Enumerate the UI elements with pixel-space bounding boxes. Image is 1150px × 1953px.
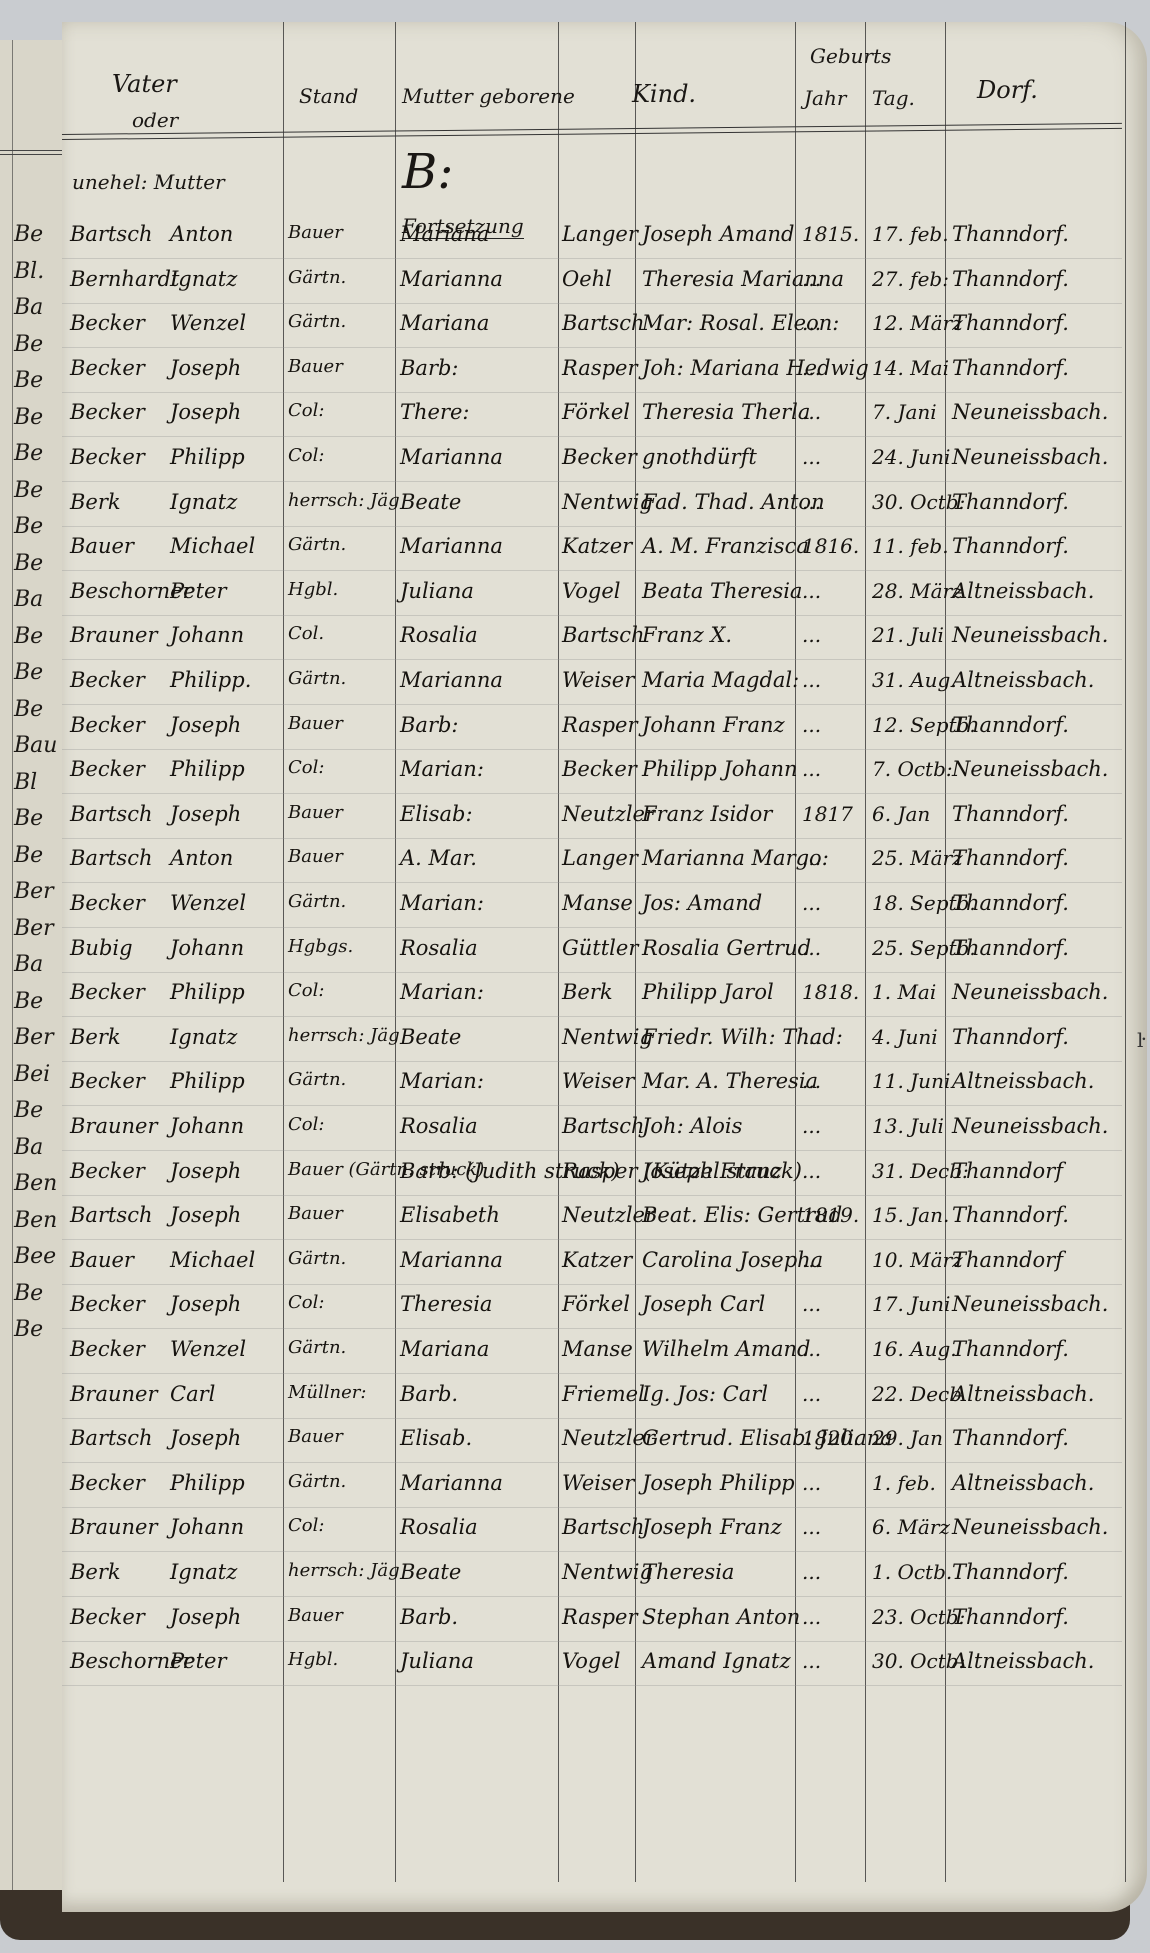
entry-surname: Becker: [70, 400, 145, 424]
previous-page-stub: Bee: [14, 1244, 56, 1269]
entry-village: Neuneissbach.: [952, 1515, 1108, 1539]
previous-page-stub: Bei: [14, 1062, 50, 1087]
entry-given: Joseph: [170, 802, 241, 826]
previous-page-stub: Ber: [14, 879, 54, 904]
entry-stand: Bauer: [288, 846, 343, 867]
entry-stand: Col:: [288, 757, 324, 778]
previous-page-stub: Be: [14, 989, 43, 1014]
entry-stand: Bauer: [288, 1426, 343, 1447]
entry-surname: Bartsch: [70, 802, 153, 826]
entry-surname: Bernhardt: [70, 267, 179, 291]
entry-stand: Gärtn.: [288, 1471, 346, 1492]
entry-m-last: Nentwig: [562, 1025, 653, 1049]
entry-m-last: Rasper: [562, 356, 638, 380]
entry-day: 1. Mai: [872, 980, 936, 1004]
entry-year: ...: [802, 490, 821, 514]
ruled-line: [62, 882, 1122, 883]
entry-surname: Becker: [70, 713, 145, 737]
entry-stand: Col:: [288, 445, 324, 466]
entry-year: ...: [802, 579, 821, 603]
entry-child: Jos: Amand: [642, 891, 762, 915]
entry-stand: Gärtn.: [288, 311, 346, 332]
entry-given: Philipp: [170, 757, 245, 781]
entry-surname: Becker: [70, 1292, 145, 1316]
previous-page-stub: Be: [14, 624, 43, 649]
entry-given: Philipp.: [170, 668, 251, 692]
entry-day: 11. Juni: [872, 1069, 950, 1093]
entry-year: ...: [802, 311, 821, 335]
entry-year: ...: [802, 757, 821, 781]
entry-village: Thanndorf.: [952, 891, 1069, 915]
register-row: BeckerWenzelGärtn.MarianaManseWilhelm Am…: [62, 1337, 1147, 1371]
previous-page-stub: Ba: [14, 587, 43, 612]
entry-village: Thanndorf.: [952, 1203, 1069, 1227]
register-row: BeckerPhilipp.Gärtn.MariannaWeiserMaria …: [62, 668, 1147, 702]
ruled-line: [62, 615, 1122, 616]
entry-village: Altneissbach.: [952, 668, 1094, 692]
entry-stand: Col:: [288, 400, 324, 421]
entry-day: 16. Aug.: [872, 1337, 957, 1361]
register-row: BeckerJosephBauerBarb:RasperJoh: Mariana…: [62, 356, 1147, 390]
header-status: Stand: [299, 84, 358, 108]
register-row: BerkIgnatzherrsch: JägBeateNentwigTheres…: [62, 1560, 1147, 1594]
entry-given: Michael: [170, 1248, 255, 1272]
ruled-line: [62, 972, 1122, 973]
entry-m-last: Oehl: [562, 267, 612, 291]
previous-page-stub: Ber: [14, 916, 54, 941]
entry-day: 28. März: [872, 579, 963, 603]
entry-stand: Bauer: [288, 356, 343, 377]
entry-m-first: Marianna: [400, 267, 503, 291]
entry-given: Joseph: [170, 356, 241, 380]
entry-day: 17. Juni: [872, 1292, 950, 1316]
ruled-line: [62, 1551, 1122, 1552]
entry-given: Philipp: [170, 1471, 245, 1495]
entry-given: Ignatz: [170, 267, 237, 291]
entry-child: Wilhelm Amand: [642, 1337, 810, 1361]
entry-m-last: Manse: [562, 1337, 633, 1361]
entry-stand: Gärtn.: [288, 891, 346, 912]
entry-child: Joh: Mariana Hedwig: [642, 356, 869, 380]
entry-given: Johann: [170, 623, 244, 647]
left-page-header-line: [0, 150, 62, 155]
entry-stand: Gärtn.: [288, 1248, 346, 1269]
entry-village: Thanndorf: [952, 1248, 1063, 1272]
entry-surname: Becker: [70, 311, 145, 335]
entry-day: 6. Jan: [872, 802, 930, 826]
entry-year: 1819.: [802, 1203, 859, 1227]
entry-day: 1. feb.: [872, 1471, 936, 1495]
entry-child: Theresia: [642, 1560, 734, 1584]
register-row: BeckerJosephCol:TheresiaFörkelJoseph Car…: [62, 1292, 1147, 1326]
previous-page-stub: Bl: [14, 770, 37, 795]
ruled-line: [62, 570, 1122, 571]
register-row: BraunerJohannCol:RosaliaBartschJoh: Aloi…: [62, 1114, 1147, 1148]
entry-stand: Col:: [288, 1292, 324, 1313]
entry-given: Joseph: [170, 713, 241, 737]
entry-given: Joseph: [170, 1292, 241, 1316]
previous-page-stub: Ber: [14, 1025, 54, 1050]
entry-m-last: Förkel: [562, 400, 630, 424]
entry-year: ...: [802, 356, 821, 380]
register-row: BeckerPhilippGärtn.Marian:WeiserMar. A. …: [62, 1069, 1147, 1103]
entry-m-first: Mariana: [400, 311, 489, 335]
entry-day: 13. Juli: [872, 1114, 944, 1138]
header-father-sub: oder: [132, 108, 178, 132]
entry-year: ...: [802, 623, 821, 647]
entry-given: Michael: [170, 534, 255, 558]
entry-surname: Becker: [70, 757, 145, 781]
entry-child: Mar. A. Theresia: [642, 1069, 818, 1093]
entry-given: Peter: [170, 1649, 227, 1673]
entry-child: Joseph Amand: [642, 222, 794, 246]
ruled-line: [62, 749, 1122, 750]
previous-page-stub: Be: [14, 551, 43, 576]
entry-given: Anton: [170, 222, 233, 246]
register-row: BeckerPhilippGärtn.MariannaWeiserJoseph …: [62, 1471, 1147, 1505]
register-row: BartschAntonBauerMarianaLangerJoseph Ama…: [62, 222, 1147, 256]
entry-day: 29. Jan: [872, 1426, 943, 1450]
entry-given: Carl: [170, 1382, 215, 1406]
entry-m-last: Bartsch: [562, 311, 645, 335]
entry-village: Neuneissbach.: [952, 1114, 1108, 1138]
ruled-line: [62, 1016, 1122, 1017]
entry-village: Neuneissbach.: [952, 757, 1108, 781]
entry-surname: Bartsch: [70, 222, 153, 246]
entry-day: 6. März: [872, 1515, 950, 1539]
ruled-line: [62, 1685, 1122, 1686]
entry-given: Wenzel: [170, 891, 246, 915]
entry-child: Amand Ignatz: [642, 1649, 791, 1673]
ruled-line: [62, 704, 1122, 705]
ruled-line: [62, 793, 1122, 794]
entry-day: 22. Decb: [872, 1382, 962, 1406]
previous-page-stub: Ba: [14, 952, 43, 977]
register-row: BeschornerPeterHgbl.JulianaVogelAmand Ig…: [62, 1649, 1147, 1683]
entry-m-last: Weiser: [562, 668, 634, 692]
entry-m-first: Rosalia: [400, 1114, 478, 1138]
entry-year: 1817: [802, 802, 853, 826]
register-row: BubigJohannHgbgs.RosaliaGüttlerRosalia G…: [62, 936, 1147, 970]
entry-village: Thanndorf.: [952, 846, 1069, 870]
entry-child: Marianna Margo:: [642, 846, 829, 870]
previous-page-stub: Ba: [14, 295, 43, 320]
previous-page-stub: Ben: [14, 1208, 57, 1233]
entry-m-first: Rosalia: [400, 1515, 478, 1539]
previous-page-stub: Ba: [14, 1135, 43, 1160]
register-row: BeckerWenzelGärtn.Marian:ManseJos: Amand…: [62, 891, 1147, 925]
entry-stand: Col:: [288, 1114, 324, 1135]
entry-m-first: Barb.: [400, 1382, 458, 1406]
entry-m-last: Becker: [562, 757, 637, 781]
entry-m-last: Katzer: [562, 534, 632, 558]
previous-page-stub: Be: [14, 405, 43, 430]
ruled-line: [62, 347, 1122, 348]
entry-child: Theresia Therla: [642, 400, 810, 424]
entry-day: 25. März: [872, 846, 963, 870]
ruled-line: [62, 526, 1122, 527]
entry-m-first: Barb:: [400, 713, 459, 737]
entry-m-first: Juliana: [400, 1649, 474, 1673]
entry-stand: Gärtn.: [288, 1069, 346, 1090]
entry-m-last: Becker: [562, 445, 637, 469]
entry-surname: Bartsch: [70, 1203, 153, 1227]
entry-year: 1815.: [802, 222, 859, 246]
entry-m-first: Marianna: [400, 445, 503, 469]
entry-surname: Bartsch: [70, 846, 153, 870]
entry-m-last: Weiser: [562, 1069, 634, 1093]
entry-m-first: Beate: [400, 1025, 461, 1049]
entry-child: Franz Isidor: [642, 802, 772, 826]
entry-stand: Bauer: [288, 713, 343, 734]
entry-m-first: Mariana: [400, 1337, 489, 1361]
entry-m-first: Elisab:: [400, 802, 473, 826]
entry-village: Neuneissbach.: [952, 400, 1108, 424]
entry-year: ...: [802, 1159, 821, 1183]
entry-day: 15. Jan.: [872, 1203, 949, 1227]
entry-m-last: Rasper: [562, 713, 638, 737]
register-row: BartschJosephBauerElisab:NeutzlerFranz I…: [62, 802, 1147, 836]
entry-child: Joh: Alois: [642, 1114, 742, 1138]
entry-stand: Bauer: [288, 1203, 343, 1224]
entry-surname: Becker: [70, 1069, 145, 1093]
entry-stand: Col.: [288, 623, 324, 644]
entry-village: Thanndorf.: [952, 1025, 1069, 1049]
entry-m-last: Friemel: [562, 1382, 645, 1406]
entry-m-first: Marianna: [400, 1471, 503, 1495]
previous-page-stub: Be: [14, 806, 43, 831]
entry-year: ...: [802, 1382, 821, 1406]
entry-village: Thanndorf: [952, 1159, 1063, 1183]
register-row: BeckerJosephCol:There:FörkelTheresia The…: [62, 400, 1147, 434]
previous-page-edge: BeBl.BaBeBeBeBeBeBeBeBaBeBeBeBauBlBeBeBe…: [0, 40, 64, 1890]
register-row: BartschJosephBauerElisab.NeutzlerGertrud…: [62, 1426, 1147, 1460]
entry-m-first: Elisabeth: [400, 1203, 500, 1227]
entry-child: A. M. Franzisca: [642, 534, 809, 558]
entry-m-last: Bartsch: [562, 1114, 645, 1138]
ruled-line: [62, 1507, 1122, 1508]
ruled-line: [62, 1284, 1122, 1285]
register-row: BeschornerPeterHgbl.JulianaVogelBeata Th…: [62, 579, 1147, 613]
entry-village: Altneissbach.: [952, 1069, 1094, 1093]
entry-child: Fad. Thad. Anton: [642, 490, 825, 514]
entry-m-last: Manse: [562, 891, 633, 915]
ruled-line: [62, 1641, 1122, 1642]
previous-page-stub: Be: [14, 332, 43, 357]
entry-stand: Müllner:: [288, 1382, 366, 1403]
entry-stand: Hgbl.: [288, 1649, 338, 1670]
entry-surname: Becker: [70, 1471, 145, 1495]
entry-m-first: Juliana: [400, 579, 474, 603]
entry-child: Philipp Jarol: [642, 980, 774, 1004]
entry-village: Thanndorf.: [952, 534, 1069, 558]
ruled-line: [62, 436, 1122, 437]
entry-given: Ignatz: [170, 1560, 237, 1584]
ruled-line: [62, 1373, 1122, 1374]
entry-year: ...: [802, 1069, 821, 1093]
entry-year: ...: [802, 1337, 821, 1361]
entry-year: ...: [802, 936, 821, 960]
register-row: BeckerPhilippCol:MariannaBeckergnothdürf…: [62, 445, 1147, 479]
entry-child: Beata Theresia: [642, 579, 802, 603]
entry-child: Carolina Josepha: [642, 1248, 823, 1272]
ruled-line: [62, 927, 1122, 928]
previous-page-stub: Be: [14, 1098, 43, 1123]
previous-page-stub: Be: [14, 478, 43, 503]
entry-m-first: Marian:: [400, 757, 484, 781]
entry-m-last: Förkel: [562, 1292, 630, 1316]
entry-given: Joseph: [170, 1203, 241, 1227]
register-row: BraunerJohannCol:RosaliaBartschJoseph Fr…: [62, 1515, 1147, 1549]
entry-m-last: Langer: [562, 846, 638, 870]
entry-day: 7. Jani: [872, 400, 937, 424]
entry-m-first: A. Mar.: [400, 846, 477, 870]
previous-page-stub: Be: [14, 441, 43, 466]
entry-stand: Gärtn.: [288, 534, 346, 555]
entry-day: 21. Juli: [872, 623, 944, 647]
entry-stand: herrsch: Jäg: [288, 1560, 400, 1581]
previous-page-stub: Be: [14, 697, 43, 722]
entry-stand: Hgbl.: [288, 579, 338, 600]
entry-stand: Gärtn.: [288, 668, 346, 689]
section-letter: B:: [402, 144, 453, 200]
ruled-line: [62, 1150, 1122, 1151]
entry-surname: Berk: [70, 1025, 121, 1049]
entry-m-first: Marianna: [400, 668, 503, 692]
register-row: BauerMichaelGärtn.MariannaKatzerCarolina…: [62, 1248, 1147, 1282]
ruled-line: [62, 1596, 1122, 1597]
entry-day: 10. März: [872, 1248, 963, 1272]
previous-page-stub: Be: [14, 660, 43, 685]
entry-village: Neuneissbach.: [952, 980, 1108, 1004]
entry-village: Thanndorf.: [952, 311, 1069, 335]
entry-surname: Bubig: [70, 936, 133, 960]
ruled-line: [62, 838, 1122, 839]
entry-village: Thanndorf.: [952, 1426, 1069, 1450]
entry-day: 27. feb:: [872, 267, 949, 291]
register-row: BeckerJosephBauer (Gärtn. struck)Barb: (…: [62, 1159, 1147, 1193]
entry-m-first: Marian:: [400, 980, 484, 1004]
entry-year: ...: [802, 1292, 821, 1316]
entry-m-first: Mariana: [400, 222, 489, 246]
entry-year: ...: [802, 1605, 821, 1629]
entry-village: Thanndorf.: [952, 1337, 1069, 1361]
ruled-line: [62, 1105, 1122, 1106]
ruled-line: [62, 392, 1122, 393]
entry-surname: Becker: [70, 980, 145, 1004]
register-row: BauerMichaelGärtn.MariannaKatzerA. M. Fr…: [62, 534, 1147, 568]
entry-m-first: Marianna: [400, 534, 503, 558]
entry-m-first: Beate: [400, 490, 461, 514]
entry-m-first: Barb.: [400, 1605, 458, 1629]
entry-m-last: Güttler: [562, 936, 638, 960]
header-year: Jahr: [804, 86, 846, 110]
header-day: Tag.: [872, 86, 915, 110]
entry-village: Thanndorf.: [952, 1560, 1069, 1584]
entry-village: Thanndorf.: [952, 222, 1069, 246]
entry-surname: Becker: [70, 1605, 145, 1629]
ruled-line: [62, 1239, 1122, 1240]
entry-village: Altneissbach.: [952, 1471, 1094, 1495]
entry-child: Franz X.: [642, 623, 732, 647]
ruled-line: [62, 1462, 1122, 1463]
entry-surname: Becker: [70, 1337, 145, 1361]
header-birth: Geburts: [810, 44, 891, 68]
previous-page-stub: Bl.: [14, 259, 44, 284]
entry-day: 4. Juni: [872, 1025, 938, 1049]
entry-village: Thanndorf.: [952, 490, 1069, 514]
entry-m-last: Weiser: [562, 1471, 634, 1495]
entry-village: Thanndorf.: [952, 356, 1069, 380]
entry-year: ...: [802, 891, 821, 915]
entry-year: ...: [802, 400, 821, 424]
register-row: BernhardtIgnatzGärtn.MariannaOehlTheresi…: [62, 267, 1147, 301]
entry-m-last: Vogel: [562, 579, 620, 603]
register-row: BeckerPhilippCol:Marian:BeckerPhilipp Jo…: [62, 757, 1147, 791]
entry-day: 11. feb.: [872, 534, 949, 558]
entry-day: 17. feb.: [872, 222, 949, 246]
entry-surname: Becker: [70, 891, 145, 915]
entry-given: Joseph: [170, 400, 241, 424]
entry-given: Wenzel: [170, 1337, 246, 1361]
entry-year: 1816.: [802, 534, 859, 558]
register-row: BraunerJohannCol.RosaliaBartschFranz X..…: [62, 623, 1147, 657]
previous-page-stub: Be: [14, 368, 43, 393]
entry-m-first: Rosalia: [400, 936, 478, 960]
entry-surname: Berk: [70, 1560, 121, 1584]
entry-stand: Gärtn.: [288, 267, 346, 288]
entry-surname: Berk: [70, 490, 121, 514]
entry-village: Altneissbach.: [952, 579, 1094, 603]
entry-stand: Col:: [288, 980, 324, 1001]
entry-child: Ig. Jos: Carl: [642, 1382, 768, 1406]
entry-child: Philipp Johann: [642, 757, 798, 781]
entry-village: Neuneissbach.: [952, 623, 1108, 647]
entry-day: 31. Aug.: [872, 668, 957, 692]
entry-village: Altneissbach.: [952, 1382, 1094, 1406]
entry-given: Ignatz: [170, 490, 237, 514]
entry-village: Thanndorf.: [952, 936, 1069, 960]
entry-given: Peter: [170, 579, 227, 603]
entry-village: Neuneissbach.: [952, 1292, 1108, 1316]
entry-m-last: Langer: [562, 222, 638, 246]
entry-m-first: Beate: [400, 1560, 461, 1584]
entry-surname: Becker: [70, 1159, 145, 1183]
entry-village: Thanndorf.: [952, 1605, 1069, 1629]
entry-surname: Brauner: [70, 1515, 158, 1539]
entry-year: ...: [802, 1649, 821, 1673]
entry-village: Thanndorf.: [952, 267, 1069, 291]
entry-child: Stephan Anton: [642, 1605, 800, 1629]
entry-child: Joseph Carl: [642, 1292, 765, 1316]
entry-child: gnothdürft: [642, 445, 757, 469]
entry-year: ...: [802, 1025, 821, 1049]
ruled-line: [62, 303, 1122, 304]
entry-village: Thanndorf.: [952, 802, 1069, 826]
entry-given: Philipp: [170, 980, 245, 1004]
previous-page-stub: Ben: [14, 1171, 57, 1196]
entry-year: ...: [802, 1248, 821, 1272]
entry-day: 12. März: [872, 311, 963, 335]
entry-m-first: Elisab.: [400, 1426, 472, 1450]
entry-given: Anton: [170, 846, 233, 870]
entry-m-last: Nentwig: [562, 1560, 653, 1584]
entry-child: Joseph Philipp: [642, 1471, 795, 1495]
entry-surname: Becker: [70, 356, 145, 380]
previous-page-stub: Be: [14, 1317, 43, 1342]
entry-surname: Becker: [70, 668, 145, 692]
entry-given: Johann: [170, 1515, 244, 1539]
